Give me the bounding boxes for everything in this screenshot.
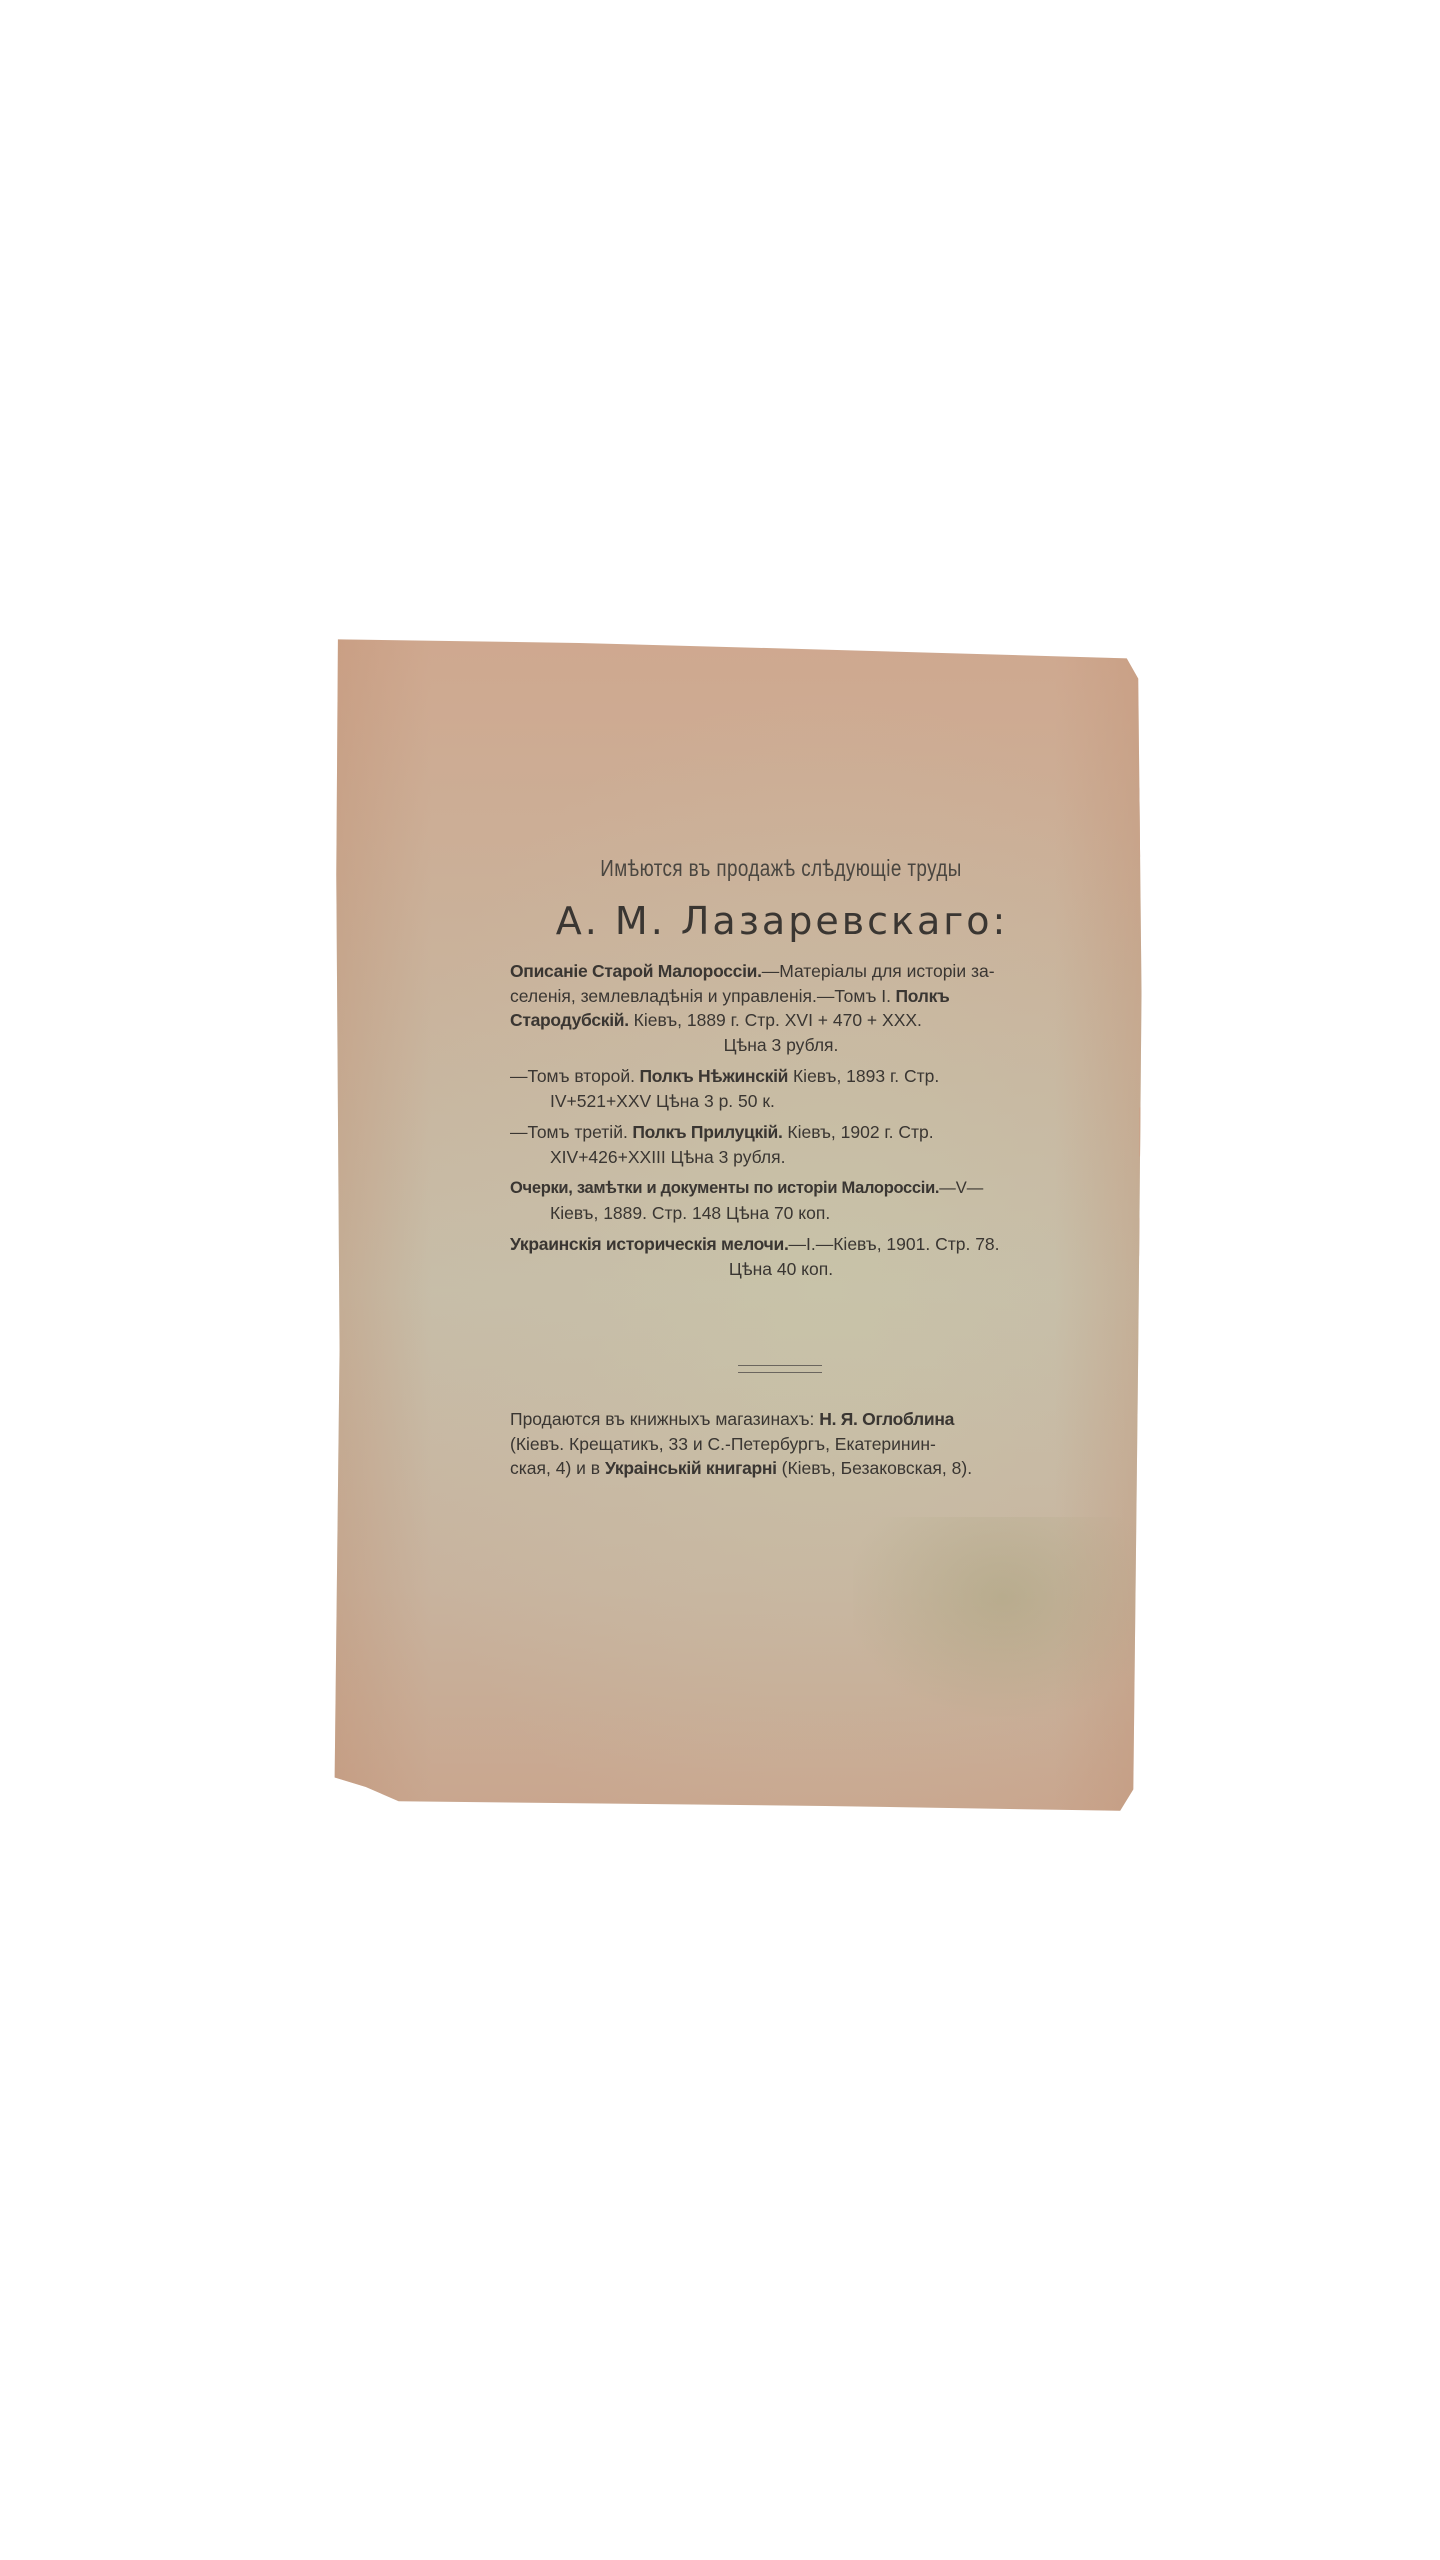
price: Кіевъ, 1889. Стр. 148 Цѣна 70 коп.	[510, 1201, 1052, 1226]
water-stain	[853, 1517, 1153, 1717]
work-title: Украинскія историческія мелочи.	[510, 1234, 789, 1254]
price: XIV+426+XXIII Цѣна 3 рубля.	[510, 1145, 1052, 1170]
page-edge-tab	[1139, 1107, 1153, 1157]
work-entry: Описаніе Старой Малороссіи.—Матеріалы дл…	[510, 959, 1052, 1057]
page-edge-tab	[1139, 787, 1153, 857]
price: IV+521+XXV Цѣна 3 р. 50 к.	[510, 1089, 1052, 1114]
author-name: А. М. Лазаревскаго:	[502, 899, 1062, 943]
work-title: Очерки, замѣтки и документы по исторіи М…	[510, 1179, 939, 1197]
price: Цѣна 3 рубля.	[510, 1033, 1052, 1058]
work-entry: Украинскія историческія мелочи.—I.—Кіевъ…	[510, 1232, 1052, 1281]
price: Цѣна 40 коп.	[510, 1257, 1052, 1282]
work-title: Полкъ Прилуцкій.	[628, 1122, 783, 1142]
bookseller-name: Н. Я. Оглоблина	[819, 1409, 954, 1429]
work-title: Описаніе Старой Малороссіи.	[510, 961, 762, 981]
page-edge-tab	[1139, 1217, 1153, 1257]
work-title: Полкъ Нѣжинскій	[635, 1066, 788, 1086]
work-entry: —Томъ третій. Полкъ Прилуцкій. Кіевъ, 19…	[510, 1120, 1052, 1169]
work-entry: Очерки, замѣтки и документы по исторіи М…	[510, 1176, 1052, 1225]
intro-heading: Имѣются въ продажѣ слѣдующіе труды	[559, 855, 1003, 882]
works-list: Описаніе Старой Малороссіи.—Матеріалы дл…	[510, 959, 1052, 1288]
sale-locations: Продаются въ книжныхъ магазинахъ: Н. Я. …	[510, 1407, 1052, 1481]
double-rule-divider	[738, 1365, 822, 1373]
booklet-back-cover: Имѣются въ продажѣ слѣдующіе труды А. М.…	[333, 637, 1153, 1825]
work-entry: —Томъ второй. Полкъ Нѣжинскій Кіевъ, 189…	[510, 1064, 1052, 1113]
bookshop-name: Украінській книгарні	[605, 1458, 777, 1478]
